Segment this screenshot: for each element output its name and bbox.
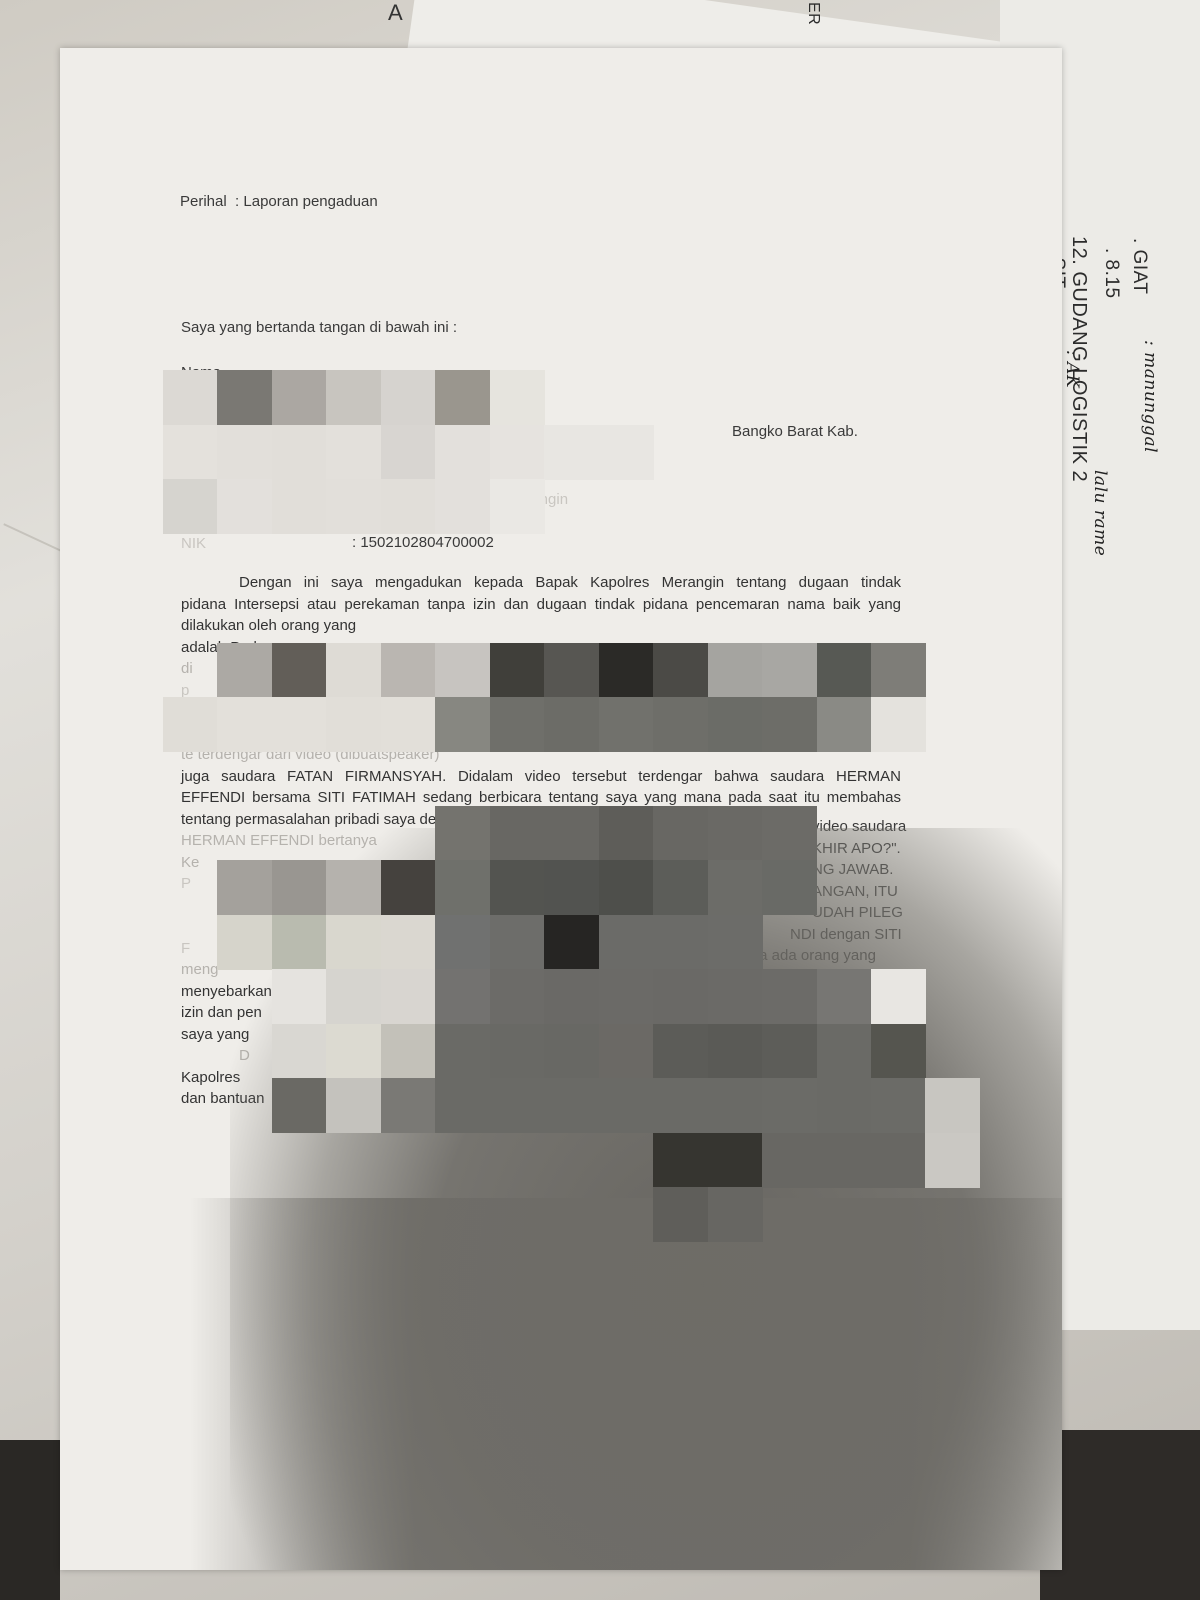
side-note-giat: . GIAT xyxy=(1128,238,1150,294)
redaction-block xyxy=(490,479,545,534)
redaction-block xyxy=(381,370,436,425)
redaction-block xyxy=(544,915,599,970)
redaction-block xyxy=(326,479,381,534)
redaction-block xyxy=(762,1024,817,1079)
redaction-block xyxy=(272,370,327,425)
subject-label: Perihal xyxy=(180,193,227,210)
redaction-block xyxy=(490,969,545,1024)
redaction-block xyxy=(326,860,381,915)
redaction-block xyxy=(272,860,327,915)
redaction-block xyxy=(544,643,599,698)
redaction-block xyxy=(762,969,817,1024)
redaction-block xyxy=(871,1024,926,1079)
redaction-block xyxy=(762,697,817,752)
redaction-block xyxy=(653,860,708,915)
redaction-block xyxy=(272,969,327,1024)
redaction-block xyxy=(708,697,763,752)
redaction-block xyxy=(435,370,490,425)
redaction-block xyxy=(762,806,817,861)
redaction-block xyxy=(326,969,381,1024)
redaction-block xyxy=(762,1133,817,1188)
redaction-block xyxy=(163,697,218,752)
redaction-block xyxy=(163,370,218,425)
address-fragment: Bangko Barat Kab. xyxy=(732,423,858,440)
redaction-block xyxy=(653,969,708,1024)
subject-value: Laporan pengaduan xyxy=(243,193,377,210)
redaction-block xyxy=(708,806,763,861)
redaction-block xyxy=(544,806,599,861)
redaction-block xyxy=(272,1024,327,1079)
redaction-block xyxy=(817,1024,872,1079)
side-note-time: . 8.15 xyxy=(1100,248,1122,299)
redaction-block xyxy=(925,1078,980,1133)
dark-corner-right xyxy=(1040,1430,1200,1600)
redaction-block xyxy=(544,1024,599,1079)
redaction-block xyxy=(653,915,708,970)
redaction-block xyxy=(435,806,490,861)
redaction-block xyxy=(871,697,926,752)
redaction-block xyxy=(599,697,654,752)
redaction-block xyxy=(435,1078,490,1133)
redaction-block xyxy=(490,643,545,698)
redaction-block xyxy=(435,915,490,970)
redaction-block xyxy=(762,643,817,698)
redaction-block xyxy=(435,643,490,698)
redaction-block xyxy=(708,915,763,970)
body-line: dilakukan oleh orang yang xyxy=(181,615,901,637)
redaction-block xyxy=(490,1078,545,1133)
redaction-block xyxy=(490,915,545,970)
redaction-block xyxy=(817,697,872,752)
side-handwriting-2: : AK xyxy=(1062,350,1082,388)
redaction-block xyxy=(435,479,490,534)
redaction-block xyxy=(326,370,381,425)
top-handwriting-er: ER xyxy=(804,2,822,25)
redaction-block xyxy=(817,643,872,698)
redaction-block xyxy=(217,643,272,698)
redaction-block xyxy=(381,860,436,915)
redaction-block xyxy=(490,697,545,752)
redaction-block xyxy=(217,370,272,425)
redaction-block xyxy=(653,1187,708,1242)
redaction-block xyxy=(544,1078,599,1133)
redaction-block xyxy=(326,425,381,480)
redaction-block xyxy=(708,860,763,915)
nik-value: : 1502102804700002 xyxy=(352,534,494,551)
redaction-block xyxy=(871,969,926,1024)
redaction-block xyxy=(272,643,327,698)
redaction-block xyxy=(599,969,654,1024)
redaction-block xyxy=(326,1024,381,1079)
redaction-block xyxy=(708,1078,763,1133)
redaction-block xyxy=(599,425,654,480)
redaction-block xyxy=(163,425,218,480)
redaction-block xyxy=(217,860,272,915)
body-line: pidana Intersepsi atau perekaman tanpa i… xyxy=(181,594,901,616)
redaction-block xyxy=(762,1078,817,1133)
body-line: juga saudara FATAN FIRMANSYAH. Didalam v… xyxy=(181,766,901,788)
redaction-block xyxy=(653,1024,708,1079)
redaction-block xyxy=(381,1078,436,1133)
redaction-block xyxy=(381,479,436,534)
side-handwriting-1: : manunggal xyxy=(1140,340,1160,453)
redaction-block xyxy=(708,1187,763,1242)
redaction-block xyxy=(490,1024,545,1079)
redaction-block xyxy=(490,370,545,425)
top-handwriting-a: A xyxy=(388,0,403,26)
redaction-block xyxy=(217,915,272,970)
body-line: Dengan ini saya mengadukan kepada Bapak … xyxy=(181,572,901,594)
redaction-block xyxy=(871,643,926,698)
redaction-block xyxy=(272,915,327,970)
redaction-block xyxy=(817,1133,872,1188)
redaction-block xyxy=(599,860,654,915)
redaction-block xyxy=(653,1133,708,1188)
redaction-block xyxy=(272,479,327,534)
redaction-block xyxy=(381,969,436,1024)
redaction-block xyxy=(435,969,490,1024)
redaction-block xyxy=(326,643,381,698)
redaction-block xyxy=(653,1078,708,1133)
redaction-block xyxy=(435,1024,490,1079)
redaction-block xyxy=(490,806,545,861)
redaction-block xyxy=(544,969,599,1024)
redaction-block xyxy=(708,1133,763,1188)
redaction-block xyxy=(544,425,599,480)
redaction-block xyxy=(217,479,272,534)
redaction-block xyxy=(708,969,763,1024)
redaction-block xyxy=(217,425,272,480)
redaction-block xyxy=(708,643,763,698)
intro-line: Saya yang bertanda tangan di bawah ini : xyxy=(181,319,457,336)
redaction-block xyxy=(490,860,545,915)
redaction-block xyxy=(326,1078,381,1133)
redaction-block xyxy=(817,969,872,1024)
redaction-block xyxy=(435,860,490,915)
redaction-block xyxy=(599,806,654,861)
complaint-letter-page: Perihal : Laporan pengaduan Saya yang be… xyxy=(60,48,1062,1570)
redaction-block xyxy=(544,697,599,752)
redaction-block xyxy=(599,915,654,970)
redaction-block xyxy=(817,1078,872,1133)
redaction-block xyxy=(326,915,381,970)
redaction-block xyxy=(544,860,599,915)
redaction-block xyxy=(272,1078,327,1133)
hand-shadow-lower xyxy=(190,1198,1062,1570)
redaction-block xyxy=(381,425,436,480)
dark-corner-left xyxy=(0,1440,60,1600)
redaction-block xyxy=(599,1024,654,1079)
subject-line: Perihal : Laporan pengaduan xyxy=(180,193,378,210)
field-nik-label: NIK xyxy=(181,535,206,552)
redaction-block xyxy=(381,915,436,970)
redaction-block xyxy=(217,697,272,752)
redaction-block xyxy=(381,1024,436,1079)
redaction-block xyxy=(381,643,436,698)
redaction-block xyxy=(435,697,490,752)
redaction-block xyxy=(272,697,327,752)
side-handwriting-5: lalu rame xyxy=(1090,470,1110,556)
redaction-block xyxy=(708,1024,763,1079)
redaction-block xyxy=(435,425,490,480)
redaction-block xyxy=(871,1133,926,1188)
redaction-block xyxy=(599,643,654,698)
redaction-block xyxy=(925,1133,980,1188)
redaction-block xyxy=(490,425,545,480)
redaction-block xyxy=(653,806,708,861)
redaction-block xyxy=(599,1078,654,1133)
redaction-block xyxy=(163,479,218,534)
redaction-block xyxy=(871,1078,926,1133)
redaction-block xyxy=(762,860,817,915)
redaction-block xyxy=(326,697,381,752)
redaction-block xyxy=(653,643,708,698)
redaction-block xyxy=(381,697,436,752)
redaction-block xyxy=(272,425,327,480)
redaction-block xyxy=(653,697,708,752)
